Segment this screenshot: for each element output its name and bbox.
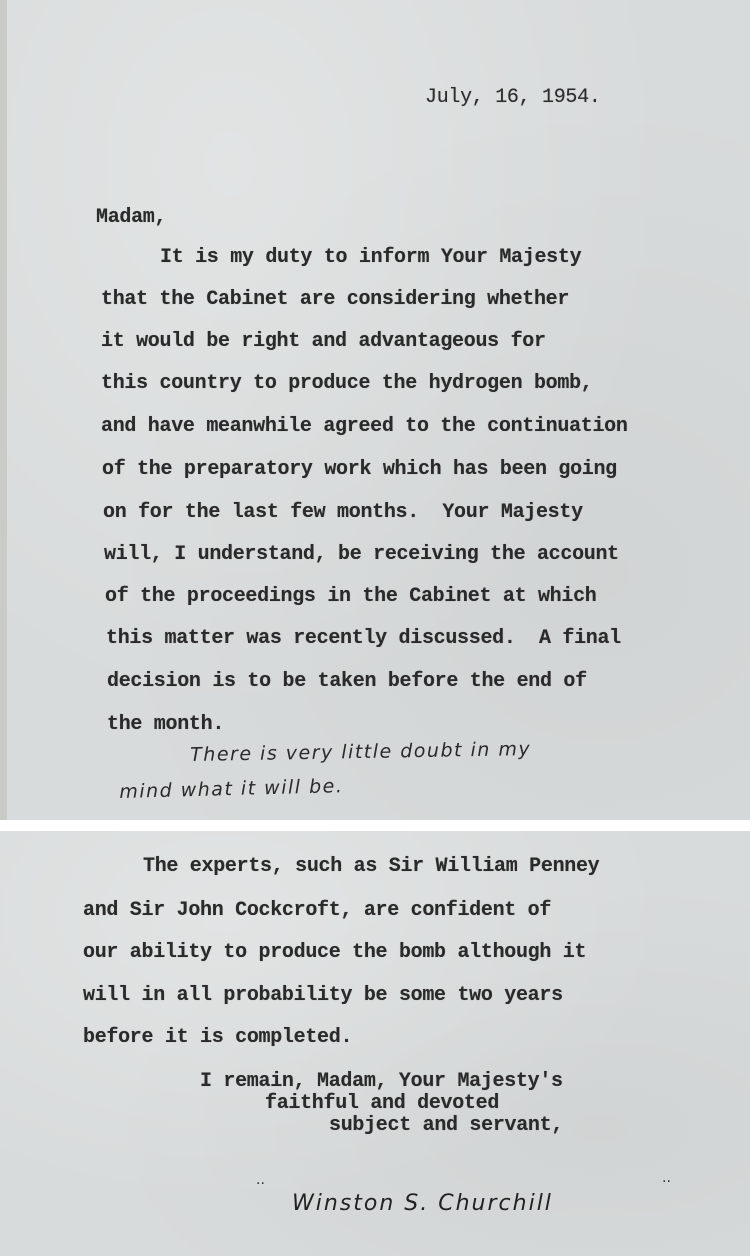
body-line: will in all probability be some two year… bbox=[83, 984, 563, 1007]
closing-line: subject and servant, bbox=[329, 1114, 563, 1137]
body-line: will, I understand, be receiving the acc… bbox=[104, 543, 619, 566]
body-line: on for the last few months. Your Majesty bbox=[103, 501, 583, 524]
body-line: It is my duty to inform Your Majesty bbox=[160, 246, 581, 269]
body-line: of the proceedings in the Cabinet at whi… bbox=[105, 585, 596, 608]
body-line: and Sir John Cockcroft, are confident of bbox=[83, 899, 551, 922]
body-line: and have meanwhile agreed to the continu… bbox=[101, 415, 628, 438]
body-line: this matter was recently discussed. A fi… bbox=[106, 627, 621, 650]
signature-mark-left: .. bbox=[256, 1172, 265, 1188]
body-line: the month. bbox=[107, 713, 224, 736]
signature-mark-right: .. bbox=[662, 1170, 671, 1186]
signature: Winston S. Churchill bbox=[292, 1191, 553, 1216]
letter-page-two: The experts, such as Sir William Penney … bbox=[0, 831, 750, 1256]
closing-line: faithful and devoted bbox=[265, 1092, 499, 1115]
body-line: that the Cabinet are considering whether bbox=[101, 288, 569, 311]
closing-line: I remain, Madam, Your Majesty's bbox=[200, 1070, 563, 1093]
body-line: The experts, such as Sir William Penney bbox=[143, 855, 599, 878]
letter-page-one: July, 16, 1954. Madam, It is my duty to … bbox=[0, 0, 750, 820]
salutation: Madam, bbox=[96, 206, 166, 229]
page-divider bbox=[0, 820, 750, 831]
body-line: of the preparatory work which has been g… bbox=[102, 458, 617, 481]
handwritten-note-line: There is very little doubt in my bbox=[190, 738, 531, 766]
handwritten-note-line: mind what it will be. bbox=[119, 775, 344, 803]
body-line: decision is to be taken before the end o… bbox=[107, 670, 587, 693]
body-line: our ability to produce the bomb although… bbox=[83, 941, 586, 964]
body-line: it would be right and advantageous for bbox=[101, 330, 546, 353]
letter-date: July, 16, 1954. bbox=[425, 86, 601, 109]
body-line: before it is completed. bbox=[83, 1026, 352, 1049]
body-line: this country to produce the hydrogen bom… bbox=[101, 372, 592, 395]
